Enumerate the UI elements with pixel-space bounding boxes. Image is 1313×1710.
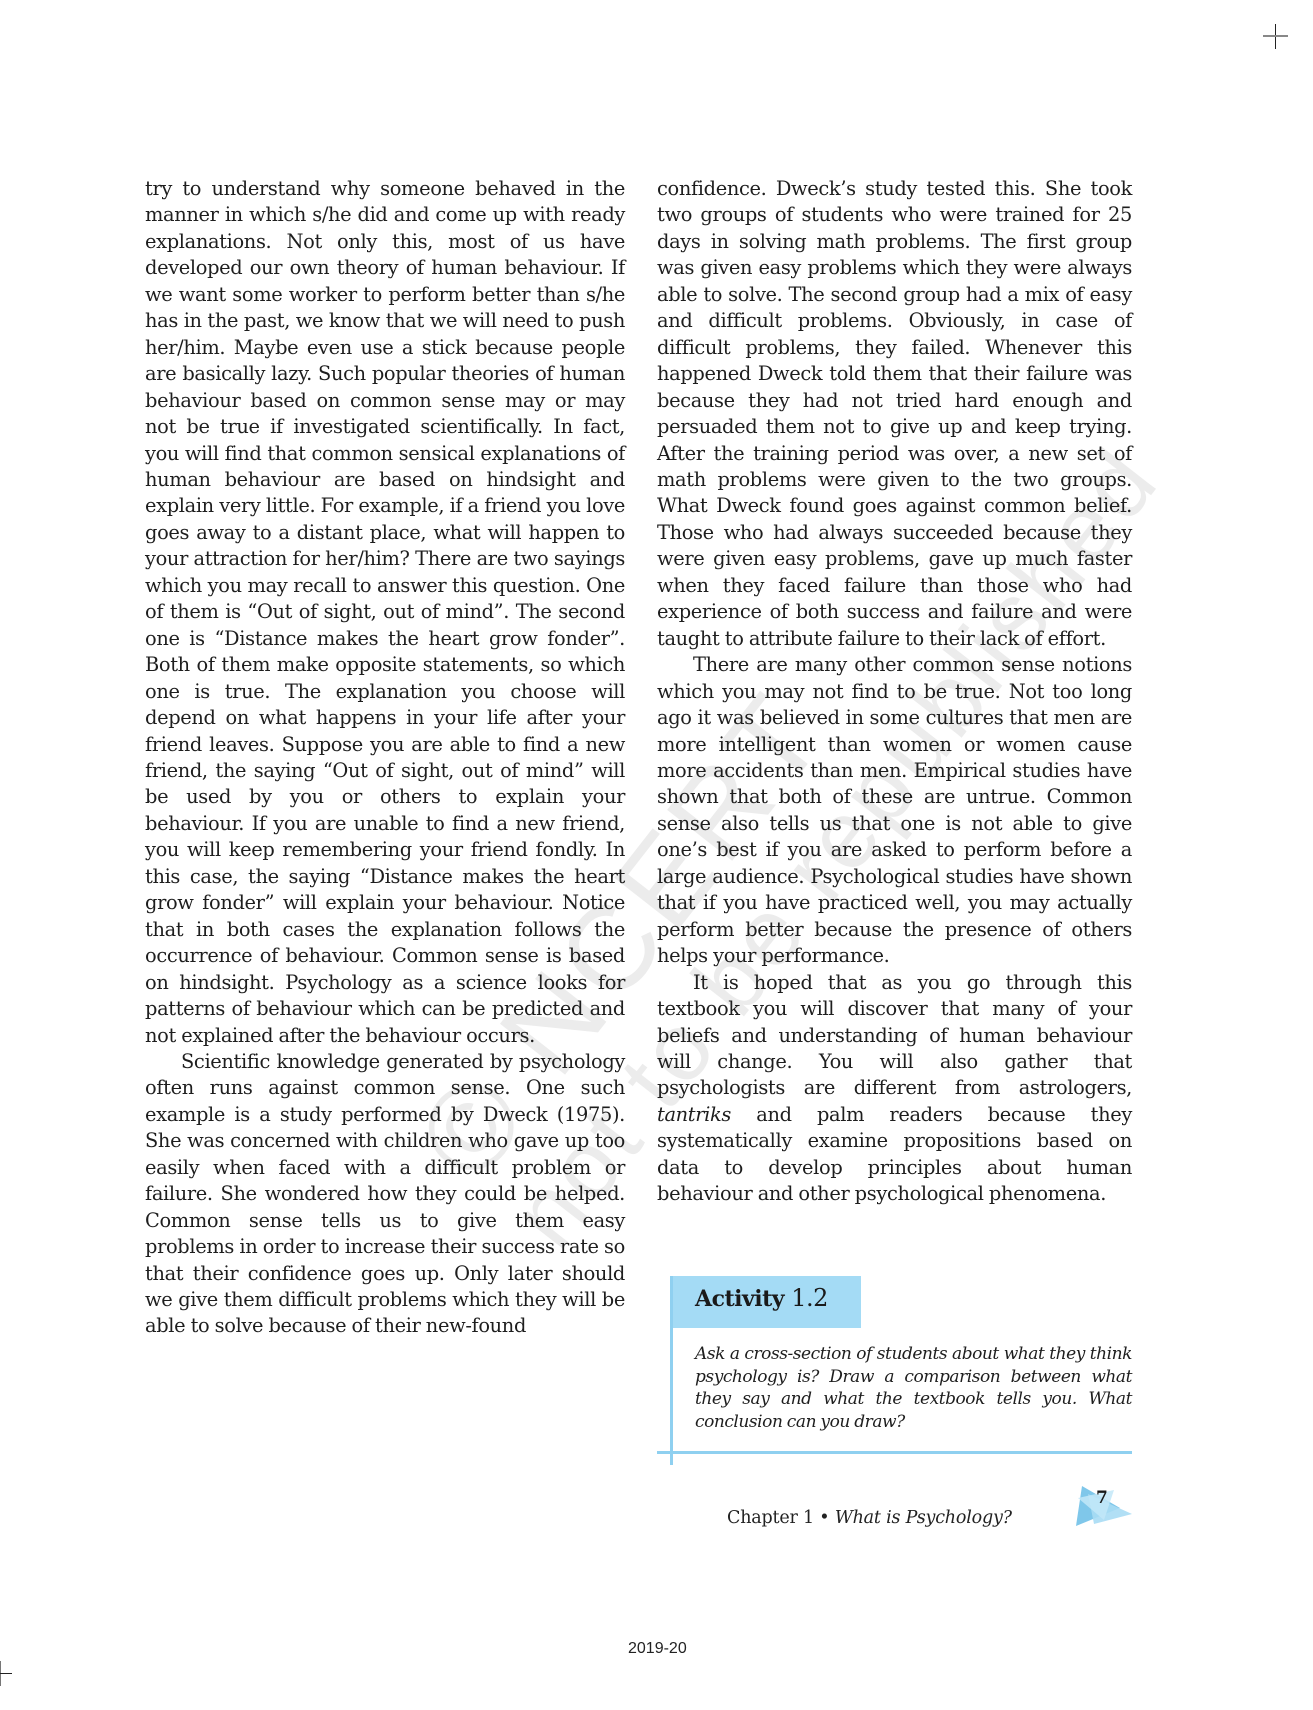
crop-mark-icon: [0, 1673, 12, 1674]
chapter-title: What is Psychology?: [835, 1508, 1012, 1528]
activity-horizontal-rule: [657, 1451, 1132, 1454]
print-year: 2019-20: [628, 1640, 687, 1658]
body-paragraph: It is hoped that as you go through this …: [657, 970, 1132, 1208]
italic-term: tantriks: [657, 1103, 731, 1126]
activity-label: Activity: [695, 1286, 784, 1312]
body-paragraph: There are many other common sense notion…: [657, 652, 1132, 969]
left-text-column: try to understand why someone behaved in…: [145, 176, 625, 1340]
running-footer: Chapter 1 • What is Psychology?: [727, 1508, 1012, 1528]
body-paragraph: try to understand why someone behaved in…: [145, 176, 625, 1049]
crop-mark-icon: [1263, 35, 1288, 37]
body-paragraph: confidence. Dweck’s study tested this. S…: [657, 176, 1132, 652]
activity-title: Activity 1.2: [695, 1284, 828, 1312]
textbook-page: © NCERT not to be republished try to und…: [0, 0, 1313, 1710]
page-number: 7: [1096, 1488, 1108, 1508]
activity-number: 1.2: [791, 1284, 828, 1312]
text-run: It is hoped that as you go through this …: [657, 971, 1132, 1100]
body-paragraph: Scientific knowledge generated by psycho…: [145, 1049, 625, 1340]
activity-body-text: Ask a cross-section of students about wh…: [695, 1343, 1132, 1433]
chapter-label: Chapter 1 •: [727, 1508, 829, 1528]
right-text-column: confidence. Dweck’s study tested this. S…: [657, 176, 1132, 1208]
activity-vertical-rule: [670, 1276, 673, 1465]
